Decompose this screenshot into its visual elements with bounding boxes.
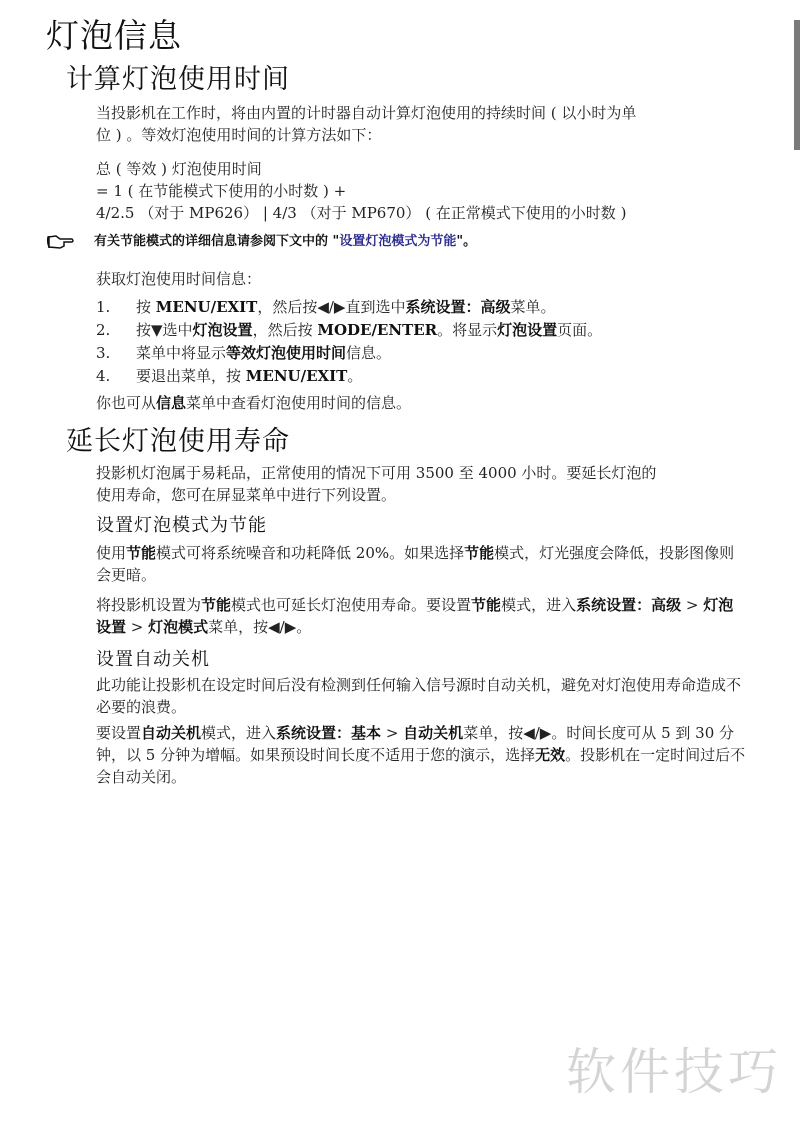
text-run: 。	[347, 367, 362, 385]
page-edge-bar	[794, 20, 800, 150]
auto-off-para2: 要设置自动关机模式，进入系统设置：基本 > 自动关机菜单，按◀/▶。时间长度可从…	[96, 722, 746, 788]
text-run: >	[126, 618, 148, 636]
auto-off-para1: 此功能让投影机在设定时间后没有检测到任何输入信号源时自动关机，避免对灯泡使用寿命…	[96, 674, 746, 718]
page-title: 灯泡信息	[46, 14, 182, 58]
step-text: 要退出菜单，按 MENU/EXIT。	[136, 365, 362, 388]
text-run: 菜单。	[511, 298, 556, 316]
bold-term: 灯泡模式	[148, 618, 208, 636]
text-run: 模式，进入	[501, 596, 576, 614]
note-text-before: 有关节能模式的详细信息请参阅下文中的 "	[94, 232, 339, 252]
step-text: 按 MENU/EXIT，然后按◀/▶直到选中系统设置：高级菜单。	[136, 296, 556, 319]
text-run: 菜单中查看灯泡使用时间的信息。	[186, 394, 411, 412]
bold-term: 节能	[126, 544, 156, 562]
subsection-title-auto-off: 设置自动关机	[96, 648, 210, 672]
section1-closing: 你也可从信息菜单中查看灯泡使用时间的信息。	[96, 392, 756, 414]
steps-list: 1.按 MENU/EXIT，然后按◀/▶直到选中系统设置：高级菜单。2.按▼选中…	[96, 296, 602, 388]
text-run: ，然后按	[253, 321, 318, 339]
pointing-hand-icon	[46, 233, 90, 251]
economic-mode-para2: 将投影机设置为节能模式也可延长灯泡使用寿命。要设置节能模式，进入系统设置：高级 …	[96, 594, 746, 638]
step-number: 4.	[96, 365, 136, 388]
section-title-extend-lamp-life: 延长灯泡使用寿命	[66, 424, 290, 460]
bold-term: 信息	[156, 394, 186, 412]
section1-intro-line1: 当投影机在工作时，将由内置的计时器自动计算灯泡使用的持续时间 ( 以小时为单	[96, 102, 756, 124]
text-run: 页面。	[557, 321, 602, 339]
section2-intro-line1: 投影机灯泡属于易耗品，正常使用的情况下可用 3500 至 4000 小时。要延长…	[96, 462, 756, 484]
watermark: 软件技巧	[566, 1042, 782, 1102]
bold-term: 灯泡设置	[193, 321, 253, 339]
step-number: 1.	[96, 296, 136, 319]
step-number: 2.	[96, 319, 136, 342]
section1-intro-line2: 位 ) 。等效灯泡使用时间的计算方法如下：	[96, 124, 756, 146]
bold-term: 系统设置：基本	[276, 724, 381, 742]
formula-line-3: 4/2.5 （对于 MP626） | 4/3 （对于 MP670） ( 在正常模…	[96, 202, 626, 224]
text-run: 菜单，按◀/▶。	[208, 618, 311, 636]
text-run: 。将显示	[437, 321, 497, 339]
step-item: 1.按 MENU/EXIT，然后按◀/▶直到选中系统设置：高级菜单。	[96, 296, 602, 319]
step-text: 菜单中将显示等效灯泡使用时间信息。	[136, 342, 391, 365]
step-text: 按▼选中灯泡设置，然后按 MODE/ENTER。将显示灯泡设置页面。	[136, 319, 602, 342]
note-economic-mode: 有关节能模式的详细信息请参阅下文中的 " 设置灯泡模式为节能 "。	[46, 232, 476, 252]
step-item: 2.按▼选中灯泡设置，然后按 MODE/ENTER。将显示灯泡设置页面。	[96, 319, 602, 342]
bold-term: 等效灯泡使用时间	[226, 344, 346, 362]
note-text-after: "。	[456, 232, 476, 252]
step-item: 3.菜单中将显示等效灯泡使用时间信息。	[96, 342, 602, 365]
formula-line-1: 总 ( 等效 ) 灯泡使用时间	[96, 158, 262, 180]
bold-term: 节能	[201, 596, 231, 614]
step-number: 3.	[96, 342, 136, 365]
section2-intro-line2: 使用寿命，您可在屏显菜单中进行下列设置。	[96, 484, 756, 506]
step-item: 4.要退出菜单，按 MENU/EXIT。	[96, 365, 602, 388]
text-run: 要退出菜单，按	[136, 367, 246, 385]
bold-term: 灯泡设置	[497, 321, 557, 339]
bold-term: 自动关机	[403, 724, 463, 742]
text-run: 要设置	[96, 724, 141, 742]
text-run: 将投影机设置为	[96, 596, 201, 614]
text-run: 模式也可延长灯泡使用寿命。要设置	[231, 596, 471, 614]
text-run: 菜单中将显示	[136, 344, 226, 362]
bold-term: 节能	[464, 544, 494, 562]
bold-term: MENU/EXIT	[156, 298, 258, 316]
text-run: >	[381, 724, 403, 742]
text-run: 信息。	[346, 344, 391, 362]
document-page: 灯泡信息 计算灯泡使用时间 当投影机在工作时，将由内置的计时器自动计算灯泡使用的…	[0, 0, 800, 1134]
text-run: 模式可将系统噪音和功耗降低 20%。如果选择	[156, 544, 464, 562]
text-run: 按▼选中	[136, 321, 193, 339]
text-run: 使用	[96, 544, 126, 562]
section-title-calc-lamp-hours: 计算灯泡使用时间	[66, 62, 290, 98]
subsection-title-economic-mode: 设置灯泡模式为节能	[96, 514, 267, 538]
bold-term: 无效	[535, 746, 565, 764]
bold-term: MENU/EXIT	[246, 367, 348, 385]
note-link-economic-mode[interactable]: 设置灯泡模式为节能	[339, 232, 456, 252]
text-run: 你也可从	[96, 394, 156, 412]
formula-line-2: = 1 ( 在节能模式下使用的小时数 ) +	[96, 180, 346, 202]
economic-mode-para1: 使用节能模式可将系统噪音和功耗降低 20%。如果选择节能模式，灯光强度会降低，投…	[96, 542, 746, 586]
text-run: 模式，进入	[201, 724, 276, 742]
bold-term: 节能	[471, 596, 501, 614]
steps-intro: 获取灯泡使用时间信息：	[96, 268, 756, 290]
bold-term: 系统设置：高级	[576, 596, 681, 614]
text-run: 按	[136, 298, 156, 316]
bold-term: MODE/ENTER	[317, 321, 437, 339]
text-run: >	[681, 596, 703, 614]
bold-term: 系统设置：高级	[405, 298, 510, 316]
bold-term: 自动关机	[141, 724, 201, 742]
text-run: 此功能让投影机在设定时间后没有检测到任何输入信号源时自动关机，避免对灯泡使用寿命…	[96, 676, 741, 716]
text-run: ，然后按◀/▶直到选中	[257, 298, 405, 316]
